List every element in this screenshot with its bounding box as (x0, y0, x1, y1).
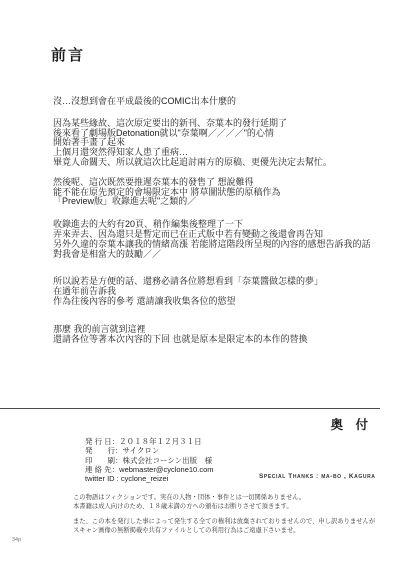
colophon-row-publisher: 発 行：サイクロン (85, 446, 214, 455)
disclaimer-line: また、この本を発行した事によって発生する全ての権利は放棄されておりませんので、申… (73, 518, 375, 527)
preface-paragraph: 所以說若是方便的話、還務必請各位將想看到「奈葉醬做怎樣的夢」 在過年前告訴我 作… (53, 277, 380, 306)
disclaimer-paragraph: この物語はフィクションです。実在の人物・団体・事件とは一切関係ありません。 本書… (73, 494, 375, 511)
disclaimer-line: スキャン画像の無断掲載や共有ファイルとしての利用行為はご遠慮下さいませ。 (73, 527, 375, 536)
disclaimer-line: 本書籍は成人向けのため、１８歳未満の方への頒布はお断りさせて頂きます。 (73, 503, 375, 512)
colophon-rows: 発 行 日：２０１８年１２月３１日 発 行：サイクロン 印 刷：株式会社コーシン… (85, 437, 214, 483)
preface-paragraph: 然後呢、這次既然要推遲奈葉本的發售了 想說難得 能不能在原先預定的會場限定本中 … (53, 178, 380, 207)
preface-line: 沒…沒想到會在平成最後的COMIC出本什麼的 (53, 97, 380, 107)
colophon-heading: 奥 付 (330, 415, 368, 433)
special-thanks: Special Thanks : ma-bo , Kagura (259, 473, 376, 480)
preface-line: 還請各位等著本次內容的下回 也就是原本是限定本的本作的替換 (53, 335, 380, 345)
disclaimer: この物語はフィクションです。実在の人物・団体・事件とは一切関係ありません。 本書… (73, 494, 375, 536)
preface-title: 前言 (51, 44, 85, 65)
preface-paragraph: 因為某些緣故、這次原定要出的新刊、奈葉本的發行延期了 後來看了劇場版Detona… (53, 119, 380, 168)
page-number-marker: 34p (12, 537, 21, 543)
disclaimer-line: この物語はフィクションです。実在の人物・団体・事件とは一切関係ありません。 (73, 494, 375, 503)
preface-line: 對我會是相當大的鼓勵／／ (53, 250, 380, 260)
preface-line: 「Preview版」收錄進去呢"之類的／ (53, 197, 380, 207)
colophon-row-contact-email: 連 絡 先：webmaster@cyclone10.com (85, 465, 214, 474)
preface-line: 畢竟人命關天、所以就這次比起追討兩方的原稿、更優先決定去幫忙。 (53, 158, 380, 168)
preface-paragraph: 那麼 我的前言就到這裡 還請各位等著本次內容的下回 也就是原本是限定本的本作的替… (53, 325, 380, 345)
colophon-row-printer: 印 刷：株式会社コーシン出版 様 (85, 456, 214, 465)
disclaimer-paragraph: また、この本を発行した事によって発生する全ての権利は放棄されておりませんので、申… (73, 518, 375, 535)
preface-line: 作為往後內容的參考 還請讓我收集各位的慾望 (53, 297, 380, 307)
preface-body: 沒…沒想到會在平成最後的COMIC出本什麼的 因為某些緣故、這次原定要出的新刊、… (53, 97, 380, 344)
preface-paragraph: 收錄進去的大約有20頁、稍作編集後整理了一下 弄來弄去、因為還只是暫定而已在正式… (53, 220, 380, 259)
colophon-divider (0, 408, 380, 409)
preface-paragraph: 沒…沒想到會在平成最後的COMIC出本什麼的 (53, 97, 380, 107)
document-page: 前言 沒…沒想到會在平成最後的COMIC出本什麼的 因為某些緣故、這次原定要出的… (0, 0, 400, 570)
colophon-row-twitter-id: twitter ID : cyclone_reizei (85, 474, 214, 483)
colophon-row-publish-date: 発 行 日：２０１８年１２月３１日 (85, 437, 214, 446)
